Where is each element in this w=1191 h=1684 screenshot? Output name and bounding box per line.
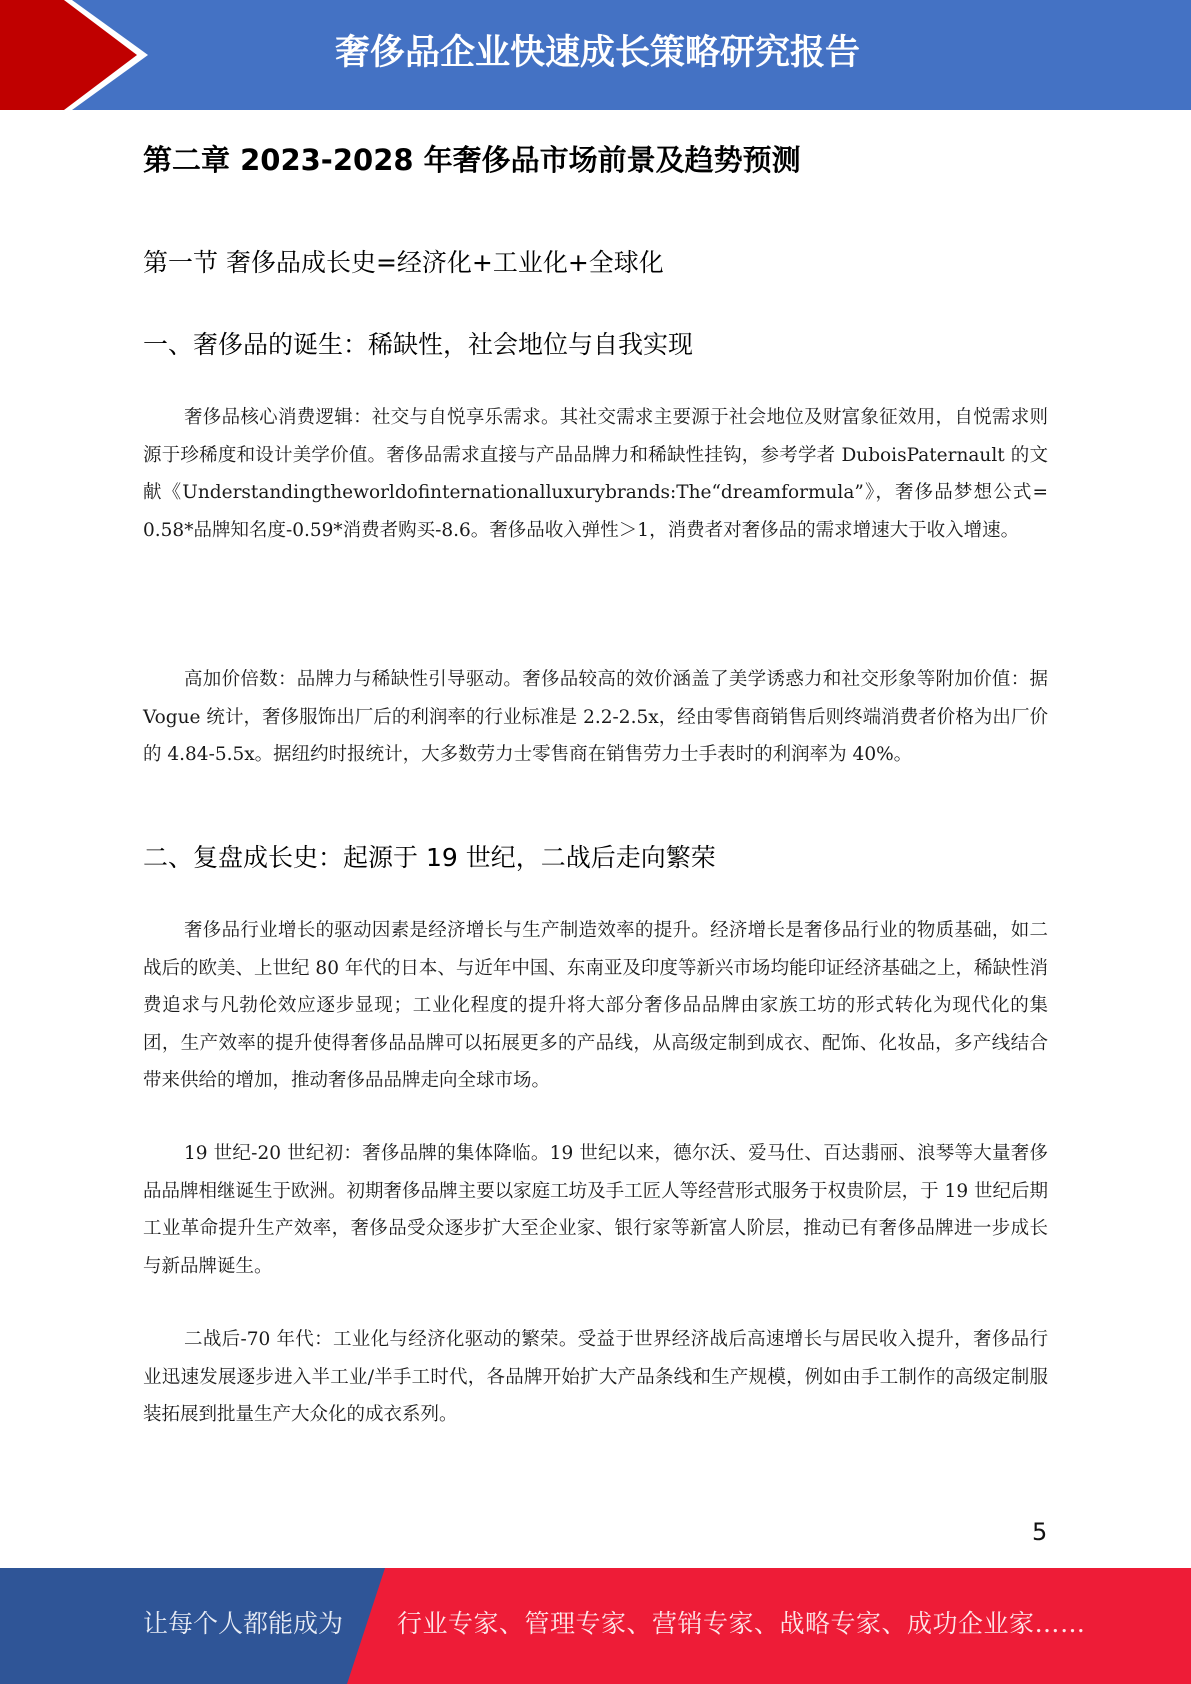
section-title: 第一节 奢侈品成长史=经济化+工业化+全球化 xyxy=(143,243,664,283)
report-title: 奢侈品企业快速成长策略研究报告 xyxy=(335,28,860,78)
red-chevron-arrow-icon xyxy=(0,0,160,110)
paragraph-consumption-logic: 奢侈品核心消费逻辑：社交与自悦享乐需求。其社交需求主要源于社会地位及财富象征效用… xyxy=(143,399,1048,549)
footer-banner: 让每个人都能成为 行业专家、管理专家、营销专家、战略专家、成功企业家…… xyxy=(0,1568,1191,1684)
chapter-title: 第二章 2023-2028 年奢侈品市场前景及趋势预测 xyxy=(143,138,801,182)
paragraph-growth-drivers: 奢侈品行业增长的驱动因素是经济增长与生产制造效率的提升。经济增长是奢侈品行业的物… xyxy=(143,912,1048,1100)
report-header-bar: 奢侈品企业快速成长策略研究报告 xyxy=(0,0,1191,110)
page-number: 5 xyxy=(1032,1518,1047,1546)
subsection-heading-2: 二、复盘成长史：起源于 19 世纪，二战后走向繁荣 xyxy=(143,838,716,878)
subsection-heading-1: 一、奢侈品的诞生：稀缺性，社会地位与自我实现 xyxy=(143,325,693,365)
paragraph-postwar-70s: 二战后-70 年代：工业化与经济化驱动的繁荣。受益于世界经济战后高速增长与居民收… xyxy=(143,1321,1048,1434)
footer-slogan-left: 让每个人都能成为 xyxy=(143,1606,343,1642)
footer-slogan-right: 行业专家、管理专家、营销专家、战略专家、成功企业家…… xyxy=(397,1606,1086,1642)
paragraph-19th-century: 19 世纪-20 世纪初：奢侈品牌的集体降临。19 世纪以来，德尔沃、爱马仕、百… xyxy=(143,1135,1048,1285)
paragraph-markup-multiple: 高加价倍数：品牌力与稀缺性引导驱动。奢侈品较高的效价涵盖了美学诱惑力和社交形象等… xyxy=(143,661,1048,774)
